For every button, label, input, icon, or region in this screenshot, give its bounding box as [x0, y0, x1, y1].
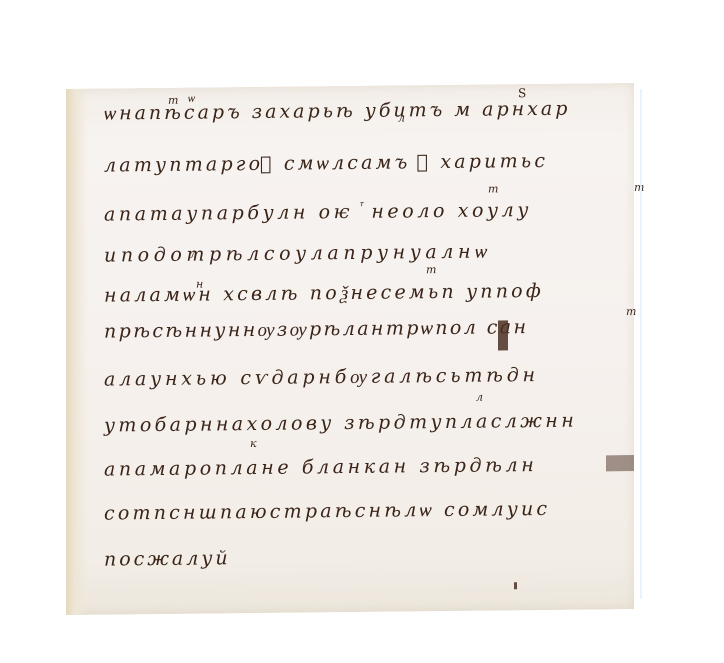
manuscript-line-5: наламѡн хсвлѣ поѯнесемьп уппоф: [104, 280, 544, 308]
superscript-mark: к: [250, 437, 257, 450]
manuscript-line-3: апатаупарбулн оѥ ⷮ неоло хоулу: [104, 196, 532, 226]
superscript-mark: т: [626, 305, 636, 318]
superscript-mark: т: [488, 182, 498, 195]
manuscript-line-8: утобарннахолову зѣрдтупласлжнн: [104, 410, 577, 437]
manuscript-line-10: сотпсншпаюстраѣснѣлѡ сомлуис: [104, 498, 550, 526]
superscript-mark: т: [634, 181, 644, 194]
superscript-mark: л: [476, 391, 483, 404]
superscript-mark: т: [426, 263, 436, 276]
ink-dot: [514, 582, 517, 589]
manuscript-line-2: латуптаргоⷮ смѡлсамъ ⷮ харитьс: [104, 150, 548, 178]
manuscript-line-1: ѡнапѣсаръ захарьѣ убитъ м арнхар: [104, 98, 570, 126]
manuscript-line-11: посжалуй: [104, 547, 231, 570]
manuscript-sheet: S т ѡ л т т л н т т л к ѡнапѣсаръ захарь…: [66, 83, 634, 615]
manuscript-line-7: алаунхью сѵдарнбѹгалѣсьтѣдн: [104, 364, 539, 392]
ink-blot: [606, 455, 634, 471]
manuscript-line-9: апамароплане бланкан зѣрдѣлн: [104, 454, 537, 481]
manuscript-line-6: прѣсѣннуннѹзѹрѣлантрѡпол сан: [104, 316, 528, 343]
ink-blot: [498, 320, 508, 350]
manuscript-line-4: иподотрѣлсоулапрунуалнѡ: [104, 241, 492, 268]
